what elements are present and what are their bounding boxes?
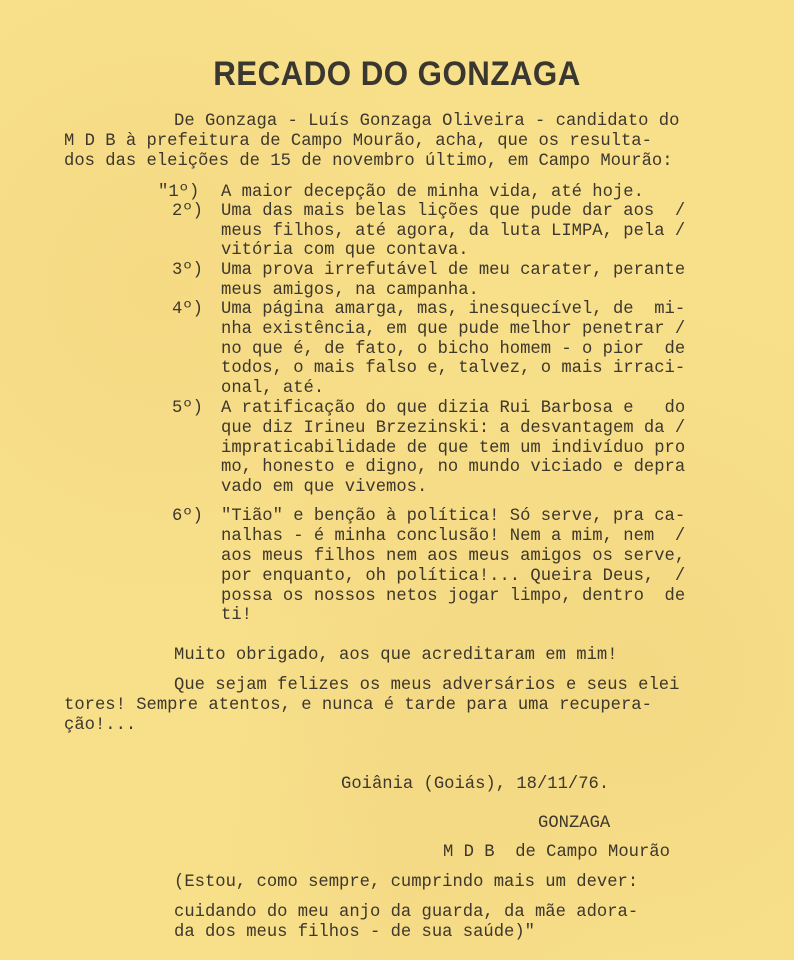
item-line: vado em que vivemos. — [221, 478, 427, 498]
item-number: 6º) — [172, 507, 203, 527]
item-line: impraticabilidade de que tem um indivídu… — [221, 439, 685, 459]
signature-name: GONZAGA — [538, 814, 610, 834]
item-line: no que é, de fato, o bicho homem - o pio… — [221, 340, 685, 360]
thanks-line: Muito obrigado, aos que acreditaram em m… — [174, 646, 618, 666]
item-line: nha existência, em que pude melhor penet… — [221, 320, 685, 340]
item-number: 4º) — [172, 300, 203, 320]
item-line: mo, honesto e digno, no mundo viciado e … — [221, 458, 685, 478]
item-line: "Tião" e benção à política! Só serve, pr… — [221, 507, 685, 527]
item-number: 3º) — [172, 261, 203, 281]
item-number: "1º) — [158, 183, 199, 203]
item-line: todos, o mais falso e, talvez, o mais ir… — [221, 359, 685, 379]
closing-line: tores! Sempre atentos, e nunca é tarde p… — [64, 696, 652, 716]
item-number: 5º) — [172, 399, 203, 419]
item-line: Uma das mais belas lições que pude dar a… — [221, 202, 685, 222]
intro-line: M D B à prefeitura de Campo Mourão, acha… — [64, 132, 652, 152]
closing-line: ção!... — [64, 716, 136, 736]
item-line: onal, até. — [221, 379, 324, 399]
intro-line: dos das eleições de 15 de novembro últim… — [64, 152, 673, 172]
item-line: vitória com que contava. — [221, 241, 469, 261]
item-line: por enquanto, oh política!... Queira Deu… — [221, 567, 685, 587]
postscript-line: da dos meus filhos - de sua saúde)" — [174, 923, 535, 943]
item-number: 2º) — [172, 202, 203, 222]
scanned-document-page: RECADO DO GONZAGA De Gonzaga - Luís Gonz… — [0, 0, 794, 960]
place-date: Goiânia (Goiás), 18/11/76. — [341, 775, 609, 795]
document-title: RECADO DO GONZAGA — [32, 55, 762, 94]
closing-line: Que sejam felizes os meus adversários e … — [174, 676, 679, 696]
item-line: aos meus filhos nem aos meus amigos os s… — [221, 547, 685, 567]
postscript-line: (Estou, como sempre, cumprindo mais um d… — [174, 873, 638, 893]
item-line: que diz Irineu Brzezinski: a desvantagem… — [221, 419, 685, 439]
item-line: Uma prova irrefutável de meu carater, pe… — [221, 261, 685, 281]
item-line: meus filhos, até agora, da luta LIMPA, p… — [221, 222, 685, 242]
postscript-line: cuidando do meu anjo da guarda, da mãe a… — [174, 903, 638, 923]
item-line: ti! — [221, 606, 252, 626]
item-line: A ratificação do que dizia Rui Barbosa e… — [221, 399, 685, 419]
item-line: A maior decepção de minha vida, até hoje… — [221, 183, 644, 203]
intro-line: De Gonzaga - Luís Gonzaga Oliveira - can… — [174, 112, 679, 132]
item-line: Uma página amarga, mas, inesquecível, de… — [221, 300, 685, 320]
item-line: nalhas - é minha conclusão! Nem a mim, n… — [221, 527, 685, 547]
item-line: meus amigos, na campanha. — [221, 281, 479, 301]
signature-party: M D B de Campo Mourão — [443, 843, 670, 863]
item-line: possa os nossos netos jogar limpo, dentr… — [221, 587, 685, 607]
